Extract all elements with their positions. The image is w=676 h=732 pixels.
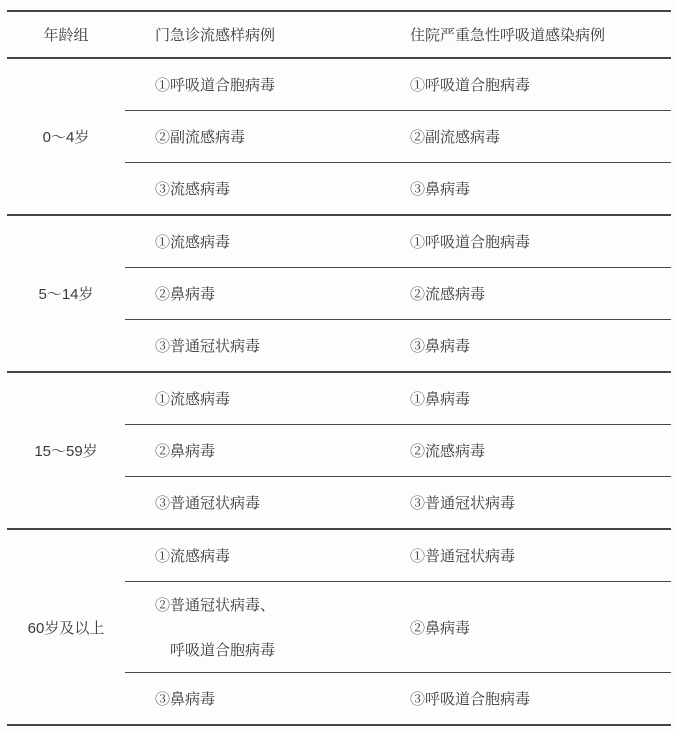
table-row: ①流感病毒 ①普通冠状病毒 (125, 530, 671, 581)
column-header-outpatient-ili: 门急诊流感样病例 (125, 12, 410, 57)
table-row: ②鼻病毒 ②流感病毒 (125, 267, 671, 319)
age-group-label: 0～4岁 (7, 59, 125, 214)
sari-virus-cell: ③普通冠状病毒 (410, 477, 671, 528)
table-row: ③流感病毒 ③鼻病毒 (125, 162, 671, 214)
sari-virus-cell: ①普通冠状病毒 (410, 530, 671, 581)
sari-virus-cell: ①呼吸道合胞病毒 (410, 216, 671, 267)
age-group-label: 60岁及以上 (7, 530, 125, 724)
age-group-section-60-plus: 60岁及以上 ①流感病毒 ①普通冠状病毒 ②普通冠状病毒、 呼吸道合胞病毒 ②鼻… (7, 530, 671, 726)
table-row: ①流感病毒 ①鼻病毒 (125, 373, 671, 424)
virus-line: 呼吸道合胞病毒 (155, 639, 275, 660)
sari-virus-cell: ①鼻病毒 (410, 373, 671, 424)
ili-virus-cell: ①流感病毒 (125, 216, 410, 267)
table-row: ①呼吸道合胞病毒 ①呼吸道合胞病毒 (125, 59, 671, 110)
ili-virus-cell: ③普通冠状病毒 (125, 477, 410, 528)
ili-virus-cell: ①流感病毒 (125, 373, 410, 424)
sari-virus-cell: ②副流感病毒 (410, 111, 671, 162)
ili-virus-cell: ①呼吸道合胞病毒 (125, 59, 410, 110)
virus-line: ②普通冠状病毒、 (155, 594, 275, 615)
ili-virus-cell: ③流感病毒 (125, 163, 410, 214)
virus-surveillance-table: 年龄组 门急诊流感样病例 住院严重急性呼吸道感染病例 0～4岁 ①呼吸道合胞病毒… (7, 10, 671, 726)
table-row: ②普通冠状病毒、 呼吸道合胞病毒 ②鼻病毒 (125, 581, 671, 672)
table-row: ③普通冠状病毒 ③普通冠状病毒 (125, 476, 671, 528)
ili-virus-cell: ①流感病毒 (125, 530, 410, 581)
column-header-age-group: 年龄组 (7, 12, 125, 57)
table-row: ③鼻病毒 ③呼吸道合胞病毒 (125, 672, 671, 724)
table-row: ①流感病毒 ①呼吸道合胞病毒 (125, 216, 671, 267)
table-row: ②副流感病毒 ②副流感病毒 (125, 110, 671, 162)
sari-virus-cell: ③鼻病毒 (410, 163, 671, 214)
table-header-row: 年龄组 门急诊流感样病例 住院严重急性呼吸道感染病例 (7, 12, 671, 59)
age-group-label: 5～14岁 (7, 216, 125, 371)
sari-virus-cell: ②流感病毒 (410, 425, 671, 476)
ili-virus-cell: ②鼻病毒 (125, 425, 410, 476)
ili-virus-cell: ②副流感病毒 (125, 111, 410, 162)
sari-virus-cell: ②流感病毒 (410, 268, 671, 319)
ili-virus-cell: ③鼻病毒 (125, 673, 410, 724)
sari-virus-cell: ②鼻病毒 (410, 582, 671, 672)
table-row: ③普通冠状病毒 ③鼻病毒 (125, 319, 671, 371)
ili-virus-cell: ②普通冠状病毒、 呼吸道合胞病毒 (125, 582, 410, 672)
age-group-section-0-4: 0～4岁 ①呼吸道合胞病毒 ①呼吸道合胞病毒 ②副流感病毒 ②副流感病毒 ③流感… (7, 59, 671, 216)
ili-virus-cell: ②鼻病毒 (125, 268, 410, 319)
sari-virus-cell: ③呼吸道合胞病毒 (410, 673, 671, 724)
sari-virus-cell: ③鼻病毒 (410, 320, 671, 371)
age-group-section-5-14: 5～14岁 ①流感病毒 ①呼吸道合胞病毒 ②鼻病毒 ②流感病毒 ③普通冠状病毒 … (7, 216, 671, 373)
column-header-hospitalized-sari: 住院严重急性呼吸道感染病例 (410, 12, 671, 57)
table-row: ②鼻病毒 ②流感病毒 (125, 424, 671, 476)
sari-virus-cell: ①呼吸道合胞病毒 (410, 59, 671, 110)
age-group-section-15-59: 15～59岁 ①流感病毒 ①鼻病毒 ②鼻病毒 ②流感病毒 ③普通冠状病毒 ③普通… (7, 373, 671, 530)
ili-virus-cell: ③普通冠状病毒 (125, 320, 410, 371)
age-group-label: 15～59岁 (7, 373, 125, 528)
